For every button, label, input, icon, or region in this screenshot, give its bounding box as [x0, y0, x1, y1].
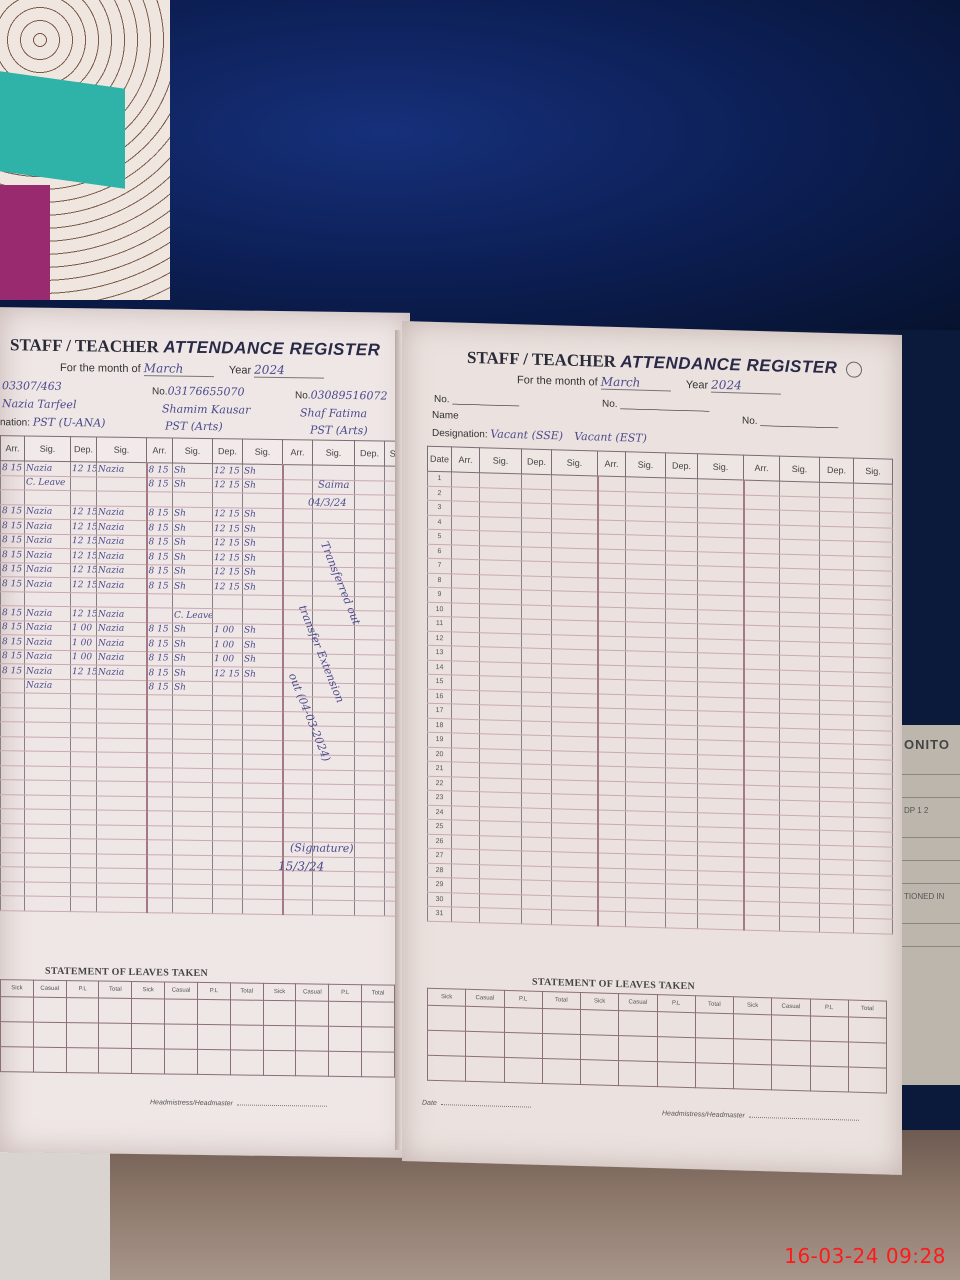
attendance-cell: [480, 603, 522, 619]
attendance-cell: [854, 773, 893, 789]
attendance-cell: [666, 753, 698, 768]
attendance-cell: [452, 849, 480, 864]
attendance-cell: [355, 625, 385, 640]
attendance-cell: [626, 607, 666, 623]
attendance-cell: Sh: [173, 463, 213, 478]
leave-cell: [428, 1005, 466, 1031]
attendance-cell: 1 00: [213, 638, 243, 653]
attendance-cell: [698, 595, 744, 611]
leave-cell: [33, 1047, 66, 1072]
attendance-cell: [480, 560, 522, 576]
leave-cell: [810, 1016, 848, 1042]
date-cell: 21: [428, 761, 452, 776]
attendance-cell: [626, 694, 666, 710]
attendance-cell: [1, 765, 25, 780]
column-header: Dep.: [355, 441, 385, 466]
staff-1-designation: Vacant (SSE): [490, 427, 563, 442]
leave-cell: [695, 1013, 733, 1039]
attendance-cell: [598, 519, 626, 534]
attendance-cell: [552, 837, 598, 853]
attendance-cell: [552, 475, 598, 491]
attendance-cell: Sh: [173, 666, 213, 681]
attendance-cell: [744, 625, 780, 641]
attendance-cell: [598, 606, 626, 621]
attendance-cell: [698, 754, 744, 770]
attendance-cell: [522, 662, 552, 677]
attendance-cell: [626, 506, 666, 522]
leave-cell: [132, 998, 165, 1023]
leave-cell: [1, 997, 34, 1022]
leave-cell: [542, 1058, 580, 1084]
staff-2-designation: Vacant (EST): [574, 430, 647, 445]
leave-cell: [848, 1067, 886, 1093]
attendance-cell: [1, 809, 25, 824]
attendance-cell: [452, 704, 480, 719]
staff-2-designation: PST (Arts): [165, 419, 223, 433]
attendance-cell: [1, 693, 25, 708]
attendance-cell: [1, 896, 25, 911]
attendance-cell: [355, 741, 385, 756]
attendance-cell: [313, 799, 355, 814]
attendance-cell: Nazia: [97, 578, 147, 593]
leave-cell: [33, 997, 66, 1022]
attendance-cell: [480, 777, 522, 793]
attendance-cell: Nazia: [97, 462, 147, 477]
attendance-cell: [213, 841, 243, 856]
attendance-cell: 8 15: [147, 579, 173, 594]
attendance-cell: [522, 691, 552, 706]
leave-cell: [504, 1057, 542, 1083]
attendance-cell: Nazia: [97, 621, 147, 636]
attendance-cell: [355, 828, 385, 843]
attendance-cell: [744, 756, 780, 772]
attendance-cell: [854, 788, 893, 804]
attendance-cell: [744, 596, 780, 612]
attendance-cell: [452, 776, 480, 791]
attendance-cell: [598, 548, 626, 563]
leave-column-header: P.L: [504, 990, 542, 1008]
attendance-cell: [452, 573, 480, 588]
attendance-cell: [243, 856, 283, 871]
attendance-cell: Sh: [173, 536, 213, 551]
leave-cell: [263, 1025, 296, 1050]
month-line: For the month of March Year 2024: [60, 360, 324, 379]
attendance-cell: [598, 534, 626, 549]
attendance-cell: [71, 723, 97, 738]
attendance-cell: [452, 675, 480, 690]
attendance-cell: [71, 679, 97, 694]
attendance-cell: 8 15: [1, 548, 25, 563]
attendance-cell: [820, 903, 854, 918]
attendance-cell: [313, 465, 355, 480]
attendance-cell: [213, 681, 243, 696]
attendance-cell: [71, 708, 97, 723]
column-header: Sig.: [552, 450, 598, 476]
attendance-cell: [25, 809, 71, 824]
attendance-cell: [480, 531, 522, 547]
column-header: Dep.: [71, 437, 97, 462]
attendance-cell: [480, 516, 522, 532]
attendance-cell: [173, 826, 213, 841]
attendance-cell: [744, 582, 780, 598]
attendance-cell: [626, 781, 666, 797]
attendance-cell: [780, 583, 820, 599]
attendance-cell: [355, 857, 385, 872]
attendance-cell: [522, 532, 552, 547]
attendance-cell: [666, 898, 698, 913]
attendance-cell: [147, 608, 173, 623]
attendance-cell: [552, 779, 598, 795]
leave-cell: [428, 1055, 466, 1081]
attendance-cell: [243, 696, 283, 711]
attendance-cell: [283, 653, 313, 668]
attendance-cell: [147, 724, 173, 739]
date-cell: 26: [428, 834, 452, 849]
attendance-cell: 8 15: [147, 622, 173, 637]
attendance-cell: [147, 767, 173, 782]
attendance-cell: [820, 787, 854, 802]
attendance-cell: [97, 882, 147, 897]
attendance-cell: Sh: [243, 464, 283, 479]
attendance-cell: [1, 852, 25, 867]
attendance-cell: Nazia: [97, 636, 147, 651]
attendance-cell: 8 15: [1, 533, 25, 548]
attendance-cell: [213, 609, 243, 624]
column-header: Sig.: [313, 440, 355, 466]
leave-cell: [230, 1050, 263, 1075]
attendance-cell: [1, 490, 25, 505]
attendance-cell: [698, 740, 744, 756]
attendance-cell: [666, 579, 698, 594]
attendance-cell: [744, 567, 780, 583]
attendance-cell: [213, 739, 243, 754]
attendance-cell: [283, 523, 313, 538]
leave-column-header: P.L: [329, 984, 362, 1001]
attendance-cell: 8 15: [1, 504, 25, 519]
attendance-cell: [666, 521, 698, 536]
attendance-cell: [71, 752, 97, 767]
column-header: Arr.: [598, 451, 626, 477]
attendance-cell: [147, 753, 173, 768]
attendance-cell: [1, 678, 25, 693]
attendance-cell: [780, 916, 820, 932]
attendance-cell: [355, 640, 385, 655]
attendance-cell: [626, 854, 666, 870]
attendance-cell: [552, 765, 598, 781]
attendance-cell: Nazia: [97, 505, 147, 520]
attendance-cell: 1 00: [71, 636, 97, 651]
attendance-cell: Sh: [173, 507, 213, 522]
attendance-cell: 12 15: [71, 549, 97, 564]
attendance-cell: Nazia: [97, 650, 147, 665]
attendance-cell: [480, 806, 522, 822]
attendance-cell: [71, 737, 97, 752]
attendance-cell: [243, 740, 283, 755]
attendance-cell: [626, 883, 666, 899]
attendance-cell: 8 15: [147, 564, 173, 579]
attendance-cell: Nazia: [97, 549, 147, 564]
attendance-cell: Nazia: [97, 520, 147, 535]
attendance-cell: [480, 574, 522, 590]
leave-cell: [619, 1036, 657, 1062]
attendance-cell: [243, 769, 283, 784]
attendance-cell: [552, 823, 598, 839]
attendance-cell: [626, 549, 666, 565]
leave-cell: [734, 1039, 772, 1065]
attendance-cell: [480, 545, 522, 561]
attendance-cell: [480, 850, 522, 866]
attendance-cell: [522, 865, 552, 880]
attendance-cell: 8 15: [147, 477, 173, 492]
attendance-cell: [173, 855, 213, 870]
attendance-cell: [355, 785, 385, 800]
headmaster-signature-line: Headmistress/Headmaster: [150, 1099, 327, 1108]
leave-column-header: P.L: [657, 995, 695, 1013]
attendance-cell: [243, 493, 283, 508]
attendance-cell: [480, 632, 522, 648]
date-cell: 18: [428, 718, 452, 733]
attendance-cell: [522, 633, 552, 648]
attendance-cell: Nazia: [25, 678, 71, 693]
column-header: Arr.: [744, 455, 780, 481]
leave-cell: [657, 1037, 695, 1063]
attendance-cell: [71, 476, 97, 491]
attendance-cell: [213, 884, 243, 899]
attendance-cell: [173, 782, 213, 797]
attendance-cell: [820, 497, 854, 512]
leave-column-header: Total: [542, 991, 580, 1009]
attendance-cell: C. Leave: [25, 475, 71, 490]
leave-cell: [581, 1035, 619, 1061]
attendance-cell: [666, 826, 698, 841]
attendance-cell: [698, 696, 744, 712]
attendance-cell: Sh: [243, 508, 283, 523]
leave-column-header: Sick: [734, 997, 772, 1015]
attendance-cell: [854, 730, 893, 746]
attendance-cell: [666, 840, 698, 855]
attendance-cell: [283, 508, 313, 523]
attendance-cell: [147, 825, 173, 840]
attendance-cell: 12 15: [213, 565, 243, 580]
left-page: STAFF / TEACHER ATTENDANCE REGISTER For …: [0, 307, 410, 1158]
column-header: Dep.: [666, 453, 698, 479]
attendance-cell: [744, 698, 780, 714]
leave-cell: [99, 1023, 132, 1048]
attendance-cell: [213, 725, 243, 740]
attendance-cell: [25, 736, 71, 751]
leave-cell: [296, 1026, 329, 1051]
attendance-cell: [626, 622, 666, 638]
attendance-cell: Sh: [243, 537, 283, 552]
leave-column-header: Sick: [428, 988, 466, 1006]
designation-field: Designation: Vacant (SSE) Vacant (EST): [432, 426, 647, 445]
attendance-cell: [25, 823, 71, 838]
attendance-cell: [820, 656, 854, 671]
attendance-cell: [213, 812, 243, 827]
column-header: Dep.: [522, 449, 552, 475]
column-header: Sig.: [25, 436, 71, 462]
attendance-cell: 8 15: [1, 461, 25, 476]
leave-cell: [1, 1047, 34, 1072]
attendance-cell: [598, 838, 626, 853]
attendance-cell: [820, 816, 854, 831]
column-header: Sig.: [173, 438, 213, 464]
attendance-cell: [1, 475, 25, 490]
attendance-cell: 8 15: [147, 651, 173, 666]
attendance-cell: [780, 771, 820, 787]
attendance-cell: [522, 590, 552, 605]
attendance-cell: [666, 565, 698, 580]
date-cell: 2: [428, 486, 452, 501]
attendance-cell: [243, 682, 283, 697]
photo-timestamp: 16-03-24 09:28: [784, 1244, 946, 1268]
attendance-cell: [480, 792, 522, 808]
attendance-cell: [452, 660, 480, 675]
attendance-cell: [854, 918, 893, 934]
date-cell: 27: [428, 848, 452, 863]
attendance-cell: [213, 855, 243, 870]
column-header: Sig.: [243, 439, 283, 465]
attendance-cell: [213, 696, 243, 711]
attendance-cell: [744, 727, 780, 743]
attendance-cell: [626, 477, 666, 493]
attendance-cell: [147, 796, 173, 811]
pink-fabric: [0, 185, 50, 300]
leave-cell: [848, 1017, 886, 1043]
attendance-cell: 12 15: [213, 478, 243, 493]
attendance-cell: [480, 690, 522, 706]
attendance-cell: [97, 723, 147, 738]
attendance-cell: [1, 881, 25, 896]
attendance-cell: [854, 672, 893, 688]
leave-cell: [132, 1023, 165, 1048]
attendance-cell: 8 15: [1, 577, 25, 592]
attendance-cell: [854, 541, 893, 557]
leave-cell: [772, 1065, 810, 1091]
attendance-cell: [71, 766, 97, 781]
attendance-cell: Nazia: [25, 504, 71, 519]
attendance-cell: [25, 838, 71, 853]
attendance-cell: [173, 840, 213, 855]
attendance-cell: [666, 492, 698, 507]
attendance-cell: [243, 609, 283, 624]
date-cell: 11: [428, 616, 452, 631]
attendance-cell: [780, 713, 820, 729]
attendance-cell: 12 15: [213, 522, 243, 537]
attendance-cell: [313, 886, 355, 901]
attendance-cell: [744, 640, 780, 656]
attendance-cell: [780, 742, 820, 758]
attendance-cell: [313, 784, 355, 799]
attendance-cell: [25, 751, 71, 766]
month-value: March: [144, 361, 214, 377]
attendance-cell: [213, 870, 243, 885]
attendance-cell: [744, 857, 780, 873]
leave-cell: [848, 1042, 886, 1068]
year-value: 2024: [254, 363, 324, 379]
attendance-cell: [744, 553, 780, 569]
attendance-cell: [744, 785, 780, 801]
leave-cell: [66, 1048, 99, 1073]
attendance-cell: [552, 794, 598, 810]
attendance-cell: 8 15: [147, 550, 173, 565]
attendance-cell: [780, 728, 820, 744]
attendance-cell: [355, 480, 385, 495]
date-cell: 29: [428, 877, 452, 892]
attendance-cell: [283, 479, 313, 494]
attendance-cell: [854, 759, 893, 775]
attendance-cell: [355, 669, 385, 684]
attendance-cell: [552, 547, 598, 563]
attendance-cell: [552, 707, 598, 723]
attendance-cell: [780, 525, 820, 541]
attendance-cell: [243, 711, 283, 726]
attendance-cell: [355, 799, 385, 814]
attendance-cell: [452, 646, 480, 661]
attendance-cell: [854, 643, 893, 659]
attendance-cell: 1 00: [71, 621, 97, 636]
attendance-cell: [744, 538, 780, 554]
attendance-cell: [480, 864, 522, 880]
attendance-cell: [283, 784, 313, 799]
attendance-cell: [626, 535, 666, 551]
leave-column-header: P.L: [197, 982, 230, 999]
attendance-cell: [854, 556, 893, 572]
attendance-cell: [355, 509, 385, 524]
leave-column-header: Casual: [772, 998, 810, 1016]
attendance-cell: [522, 880, 552, 895]
attendance-cell: [25, 896, 71, 911]
attendance-cell: 12 15: [213, 536, 243, 551]
attendance-cell: 1 00: [71, 650, 97, 665]
leave-column-header: P.L: [66, 981, 99, 998]
attendance-cell: [452, 762, 480, 777]
attendance-cell: [666, 652, 698, 667]
attendance-cell: [698, 841, 744, 857]
attendance-cell: [283, 552, 313, 567]
attendance-cell: [522, 764, 552, 779]
staff-1-designation: nation: PST (U-ANA): [0, 415, 105, 429]
leave-column-header: Sick: [263, 983, 296, 1000]
leave-cell: [428, 1030, 466, 1056]
leave-column-header: Casual: [619, 994, 657, 1012]
attendance-cell: [480, 908, 522, 924]
attendance-cell: [480, 821, 522, 837]
attendance-cell: 8 15: [147, 637, 173, 652]
leave-cell: [542, 1008, 580, 1034]
attendance-cell: [355, 538, 385, 553]
date-cell: 22: [428, 776, 452, 791]
attendance-cell: [355, 727, 385, 742]
attendance-cell: [698, 769, 744, 785]
attendance-cell: [283, 900, 313, 915]
attendance-cell: [666, 869, 698, 884]
attendance-cell: [480, 487, 522, 503]
attendance-cell: [598, 621, 626, 636]
attendance-cell: [854, 715, 893, 731]
attendance-cell: [452, 733, 480, 748]
attendance-cell: [71, 897, 97, 912]
attendance-cell: Sh: [173, 579, 213, 594]
date-cell: 13: [428, 645, 452, 660]
attendance-cell: 12 15: [71, 665, 97, 680]
attendance-cell: [480, 705, 522, 721]
attendance-cell: [1, 780, 25, 795]
attendance-cell: [780, 829, 820, 845]
attendance-cell: [744, 524, 780, 540]
leave-column-header: Total: [230, 983, 263, 1000]
date-cell: 30: [428, 892, 452, 907]
